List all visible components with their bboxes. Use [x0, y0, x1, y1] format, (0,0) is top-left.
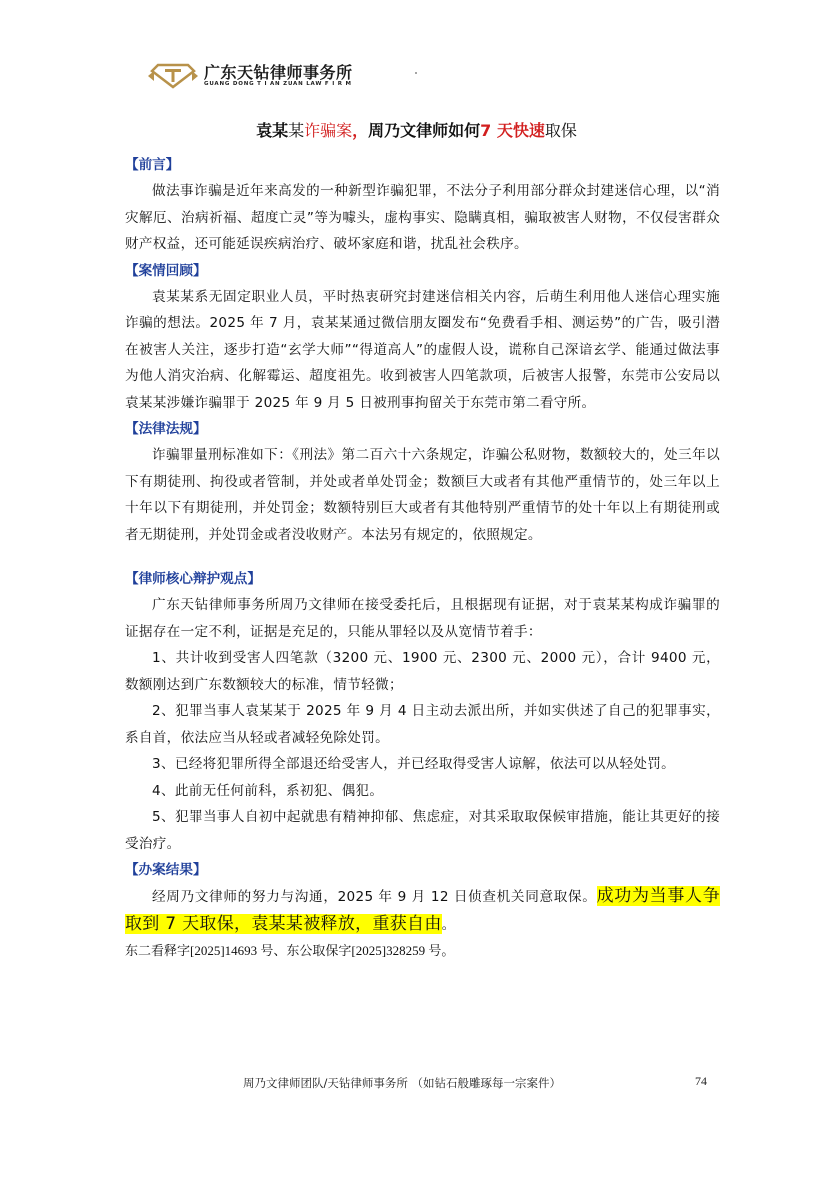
end-mark: 。	[442, 917, 456, 933]
title-part: 某	[288, 121, 304, 140]
paragraph: 诈骗罪量刑标准如下：《刑法》第二百六十六条规定，诈骗公私财物，数额较大的，处三年…	[125, 442, 720, 548]
page-number: 74	[695, 1074, 707, 1089]
defense-point: 4、此前无任何前科，系初犯、偶犯。	[125, 778, 720, 805]
title-part: 袁某	[256, 121, 288, 140]
title-part: ，	[352, 121, 368, 140]
spacer	[125, 548, 720, 566]
reference-numbers: 东二看释字[2025]14693 号、东公取保字[2025]328259 号。	[125, 938, 720, 965]
section-heading-case-review: 【案情回顾】	[125, 258, 720, 284]
result-paragraph: 经周乃文律师的努力与沟通，2025 年 9 月 12 日侦查机关同意取保。成功为…	[125, 883, 720, 938]
page-title: 袁某某诈骗案，周乃文律师如何7 天快速取保	[0, 118, 833, 141]
diamond-t-logo-icon	[148, 63, 198, 89]
title-part: 取保	[545, 121, 577, 140]
document-body: 【前言】 做法事诈骗是近年来高发的一种新型诈骗犯罪，不法分子利用部分群众封建迷信…	[125, 152, 720, 965]
firm-name-cn: 广东天钻律师事务所	[204, 65, 353, 81]
stray-dot	[415, 72, 417, 74]
letterhead: 广东天钻律师事务所 GUANG DONG T I AN ZUAN LAW F I…	[148, 60, 353, 92]
firm-name-en: GUANG DONG T I AN ZUAN LAW F I R M	[204, 82, 353, 88]
paragraph: 袁某某系无固定职业人员，平时热衷研究封建迷信相关内容，后萌生利用他人迷信心理实施…	[125, 284, 720, 417]
section-heading-result: 【办案结果】	[125, 857, 720, 883]
footer-text: 周乃文律师团队/天钻律师事务所 （如钻石般雕琢每一宗案件）	[243, 1075, 561, 1091]
paragraph: 广东天钻律师事务所周乃文律师在接受委托后，且根据现有证据，对于袁某某构成诈骗罪的…	[125, 592, 720, 645]
title-part: 周乃文律师如何	[368, 121, 480, 140]
title-part: 7 天快速	[480, 121, 545, 140]
title-part: 诈骗案	[304, 121, 352, 140]
defense-point: 1、共计收到受害人四笔款（3200 元、1900 元、2300 元、2000 元…	[125, 645, 720, 698]
defense-point: 3、已经将犯罪所得全部退还给受害人，并已经取得受害人谅解，依法可以从轻处罚。	[125, 751, 720, 778]
section-heading-preface: 【前言】	[125, 152, 720, 178]
paragraph: 做法事诈骗是近年来高发的一种新型诈骗犯罪，不法分子利用部分群众封建迷信心理，以“…	[125, 178, 720, 258]
defense-point: 2、犯罪当事人袁某某于 2025 年 9 月 4 日主动去派出所，并如实供述了自…	[125, 698, 720, 751]
section-heading-defense: 【律师核心辩护观点】	[125, 566, 720, 592]
defense-point: 5、犯罪当事人自初中起就患有精神抑郁、焦虑症，对其采取取保候审措施，能让其更好的…	[125, 804, 720, 857]
result-text: 经周乃文律师的努力与沟通，2025 年 9 月 12 日侦查机关同意取保。	[152, 889, 597, 905]
section-heading-law: 【法律法规】	[125, 416, 720, 442]
